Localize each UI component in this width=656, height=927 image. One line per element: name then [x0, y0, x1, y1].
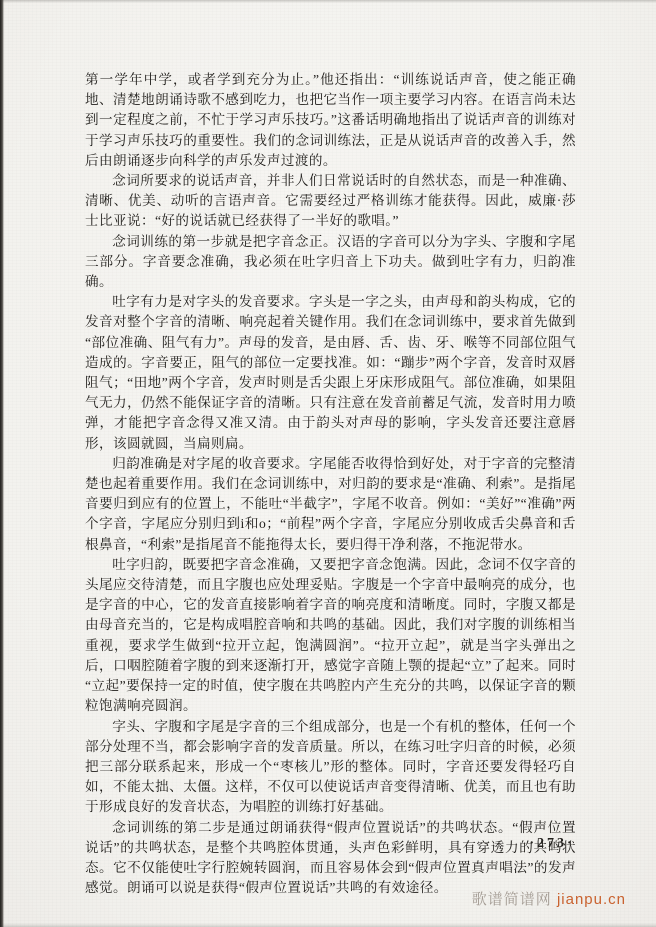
paragraph: 念词训练的第二步是通过朗诵获得“假声位置说话”的共鸣状态。“假声位置说话”的共鸣… — [85, 818, 576, 899]
scan-edge-left — [0, 0, 4, 927]
body-text: 第一学年中学，或者学到充分为止。”他还指出：“训练说话声音，使之能正确地、清楚地… — [85, 70, 576, 898]
scanned-book-page: { "page": { "number_label": "·273·", "pa… — [0, 0, 656, 927]
scan-edge-top — [0, 0, 656, 3]
paragraph: 字头、字腹和字尾是字音的三个组成部分，也是一个有机的整体，任何一个部分处理不当，… — [85, 717, 576, 818]
paragraph: 吐字有力是对字头的发音要求。字头是一字之头，由声母和韵头构成，它的发音对整个字音… — [85, 292, 576, 454]
paragraph-continued: 第一学年中学，或者学到充分为止。”他还指出：“训练说话声音，使之能正确地、清楚地… — [85, 70, 576, 171]
watermark: 歌谱简谱网 jianpu.cn — [472, 888, 626, 909]
paragraph: 归韵准确是对字尾的收音要求。字尾能否收得恰到好处，对于字音的完整清楚也起着重要作… — [85, 454, 576, 555]
paragraph: 吐字归韵，既要把字音念准确，又要把字音念饱满。因此，念词不仅字音的头尾应交待清楚… — [85, 555, 576, 717]
paragraph: 念词所要求的说话声音，并非人们日常说话时的自然状态，而是一种准确、清晰、优美、动… — [85, 171, 576, 232]
scan-edge-bottom — [0, 923, 656, 927]
watermark-site-name: 歌谱简谱网 — [472, 891, 552, 908]
paragraph: 念词训练的第一步就是把字音念正。汉语的字音可以分为字头、字腹和字尾三部分。字音要… — [85, 232, 576, 293]
page-number: ·273· — [512, 836, 592, 852]
watermark-site-url: jianpu.cn — [557, 891, 626, 908]
